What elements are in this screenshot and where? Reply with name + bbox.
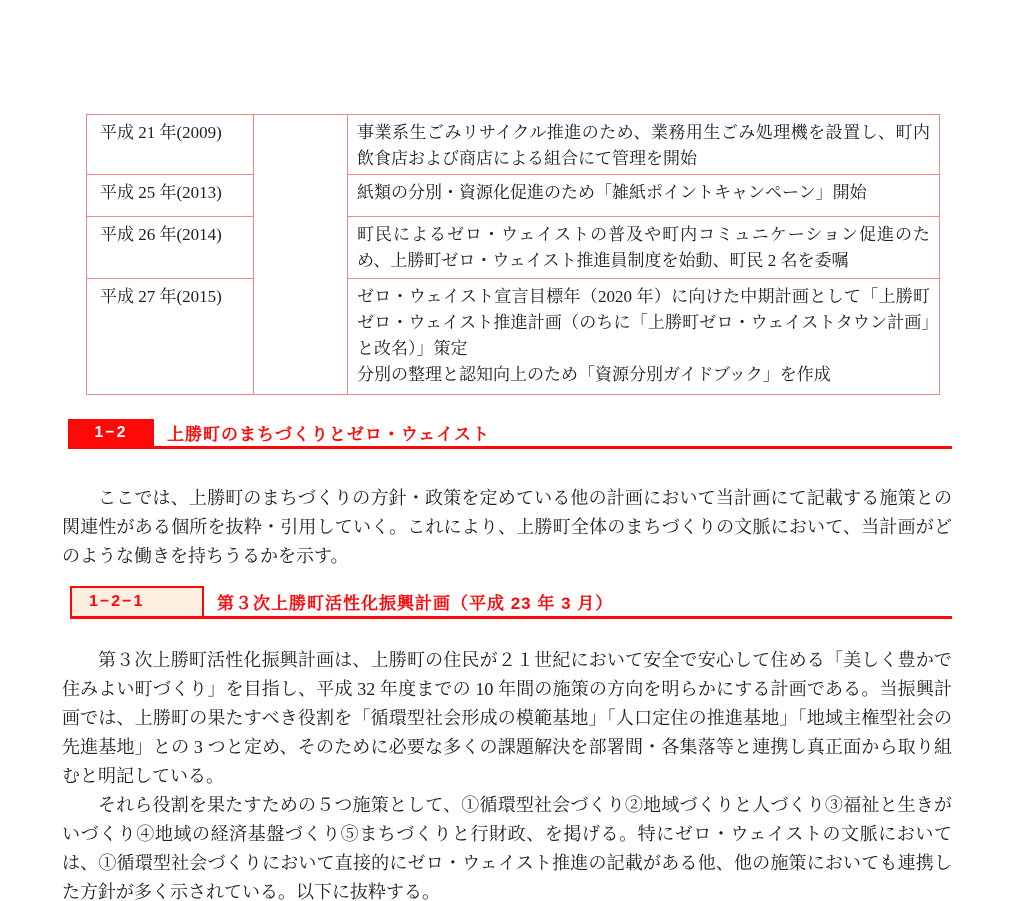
- section-1-2-1-paragraph-1: 第３次上勝町活性化振興計画は、上勝町の住民が２１世紀において安全で安心して住める…: [62, 646, 952, 791]
- section-1-2-1-header: 1−2−1 第３次上勝町活性化振興計画（平成 23 年 3 月）: [70, 586, 952, 619]
- table-cell-desc-2013: 紙類の分別・資源化促進のため「雑紙ポイントキャンペーン」開始: [348, 175, 939, 217]
- section-1-2-paragraph: ここでは、上勝町のまちづくりの方針・政策を定めている他の計画において当計画にて記…: [62, 484, 952, 571]
- table-cell-desc-2009: 事業系生ごみリサイクル推進のため、業務用生ごみ処理機を設置し、町内飲食店および商…: [348, 115, 939, 175]
- table-cell-desc-2014: 町民によるゼロ・ウェイストの普及や町内コミュニケーション促進のため、上勝町ゼロ・…: [348, 217, 939, 279]
- section-1-2-header: 1−2 上勝町のまちづくりとゼロ・ウェイスト: [68, 419, 952, 449]
- section-1-2-1-number-badge: 1−2−1: [70, 586, 204, 616]
- table-cell-year-2009: 平成 21 年(2009): [87, 115, 253, 175]
- history-table: 平成 21 年(2009) 平成 25 年(2013) 平成 26 年(2014…: [86, 114, 940, 395]
- table-cell-year-2015: 平成 27 年(2015): [87, 279, 253, 394]
- table-year-column: 平成 21 年(2009) 平成 25 年(2013) 平成 26 年(2014…: [87, 115, 253, 394]
- section-1-2-number-badge: 1−2: [68, 419, 154, 446]
- section-1-2-1-paragraph-2: それら役割を果たすための５つ施策として、①循環型社会づくり②地域づくりと人づくり…: [62, 791, 952, 901]
- section-1-2-title: 上勝町のまちづくりとゼロ・ウェイスト: [167, 420, 490, 445]
- table-cell-year-2014: 平成 26 年(2014): [87, 217, 253, 279]
- section-1-2-1-title: 第３次上勝町活性化振興計画（平成 23 年 3 月）: [217, 589, 613, 614]
- table-description-column: 事業系生ごみリサイクル推進のため、業務用生ごみ処理機を設置し、町内飲食店および商…: [348, 115, 939, 394]
- section-1-2-1-body: 第３次上勝町活性化振興計画は、上勝町の住民が２１世紀において安全で安心して住める…: [62, 646, 952, 901]
- table-cell-year-2013: 平成 25 年(2013): [87, 175, 253, 217]
- table-cell-desc-2015: ゼロ・ウェイスト宣言目標年（2020 年）に向けた中期計画として「上勝町ゼロ・ウ…: [348, 279, 939, 394]
- document-page: 平成 21 年(2009) 平成 25 年(2013) 平成 26 年(2014…: [0, 0, 1024, 901]
- table-empty-merged-column: [253, 115, 348, 394]
